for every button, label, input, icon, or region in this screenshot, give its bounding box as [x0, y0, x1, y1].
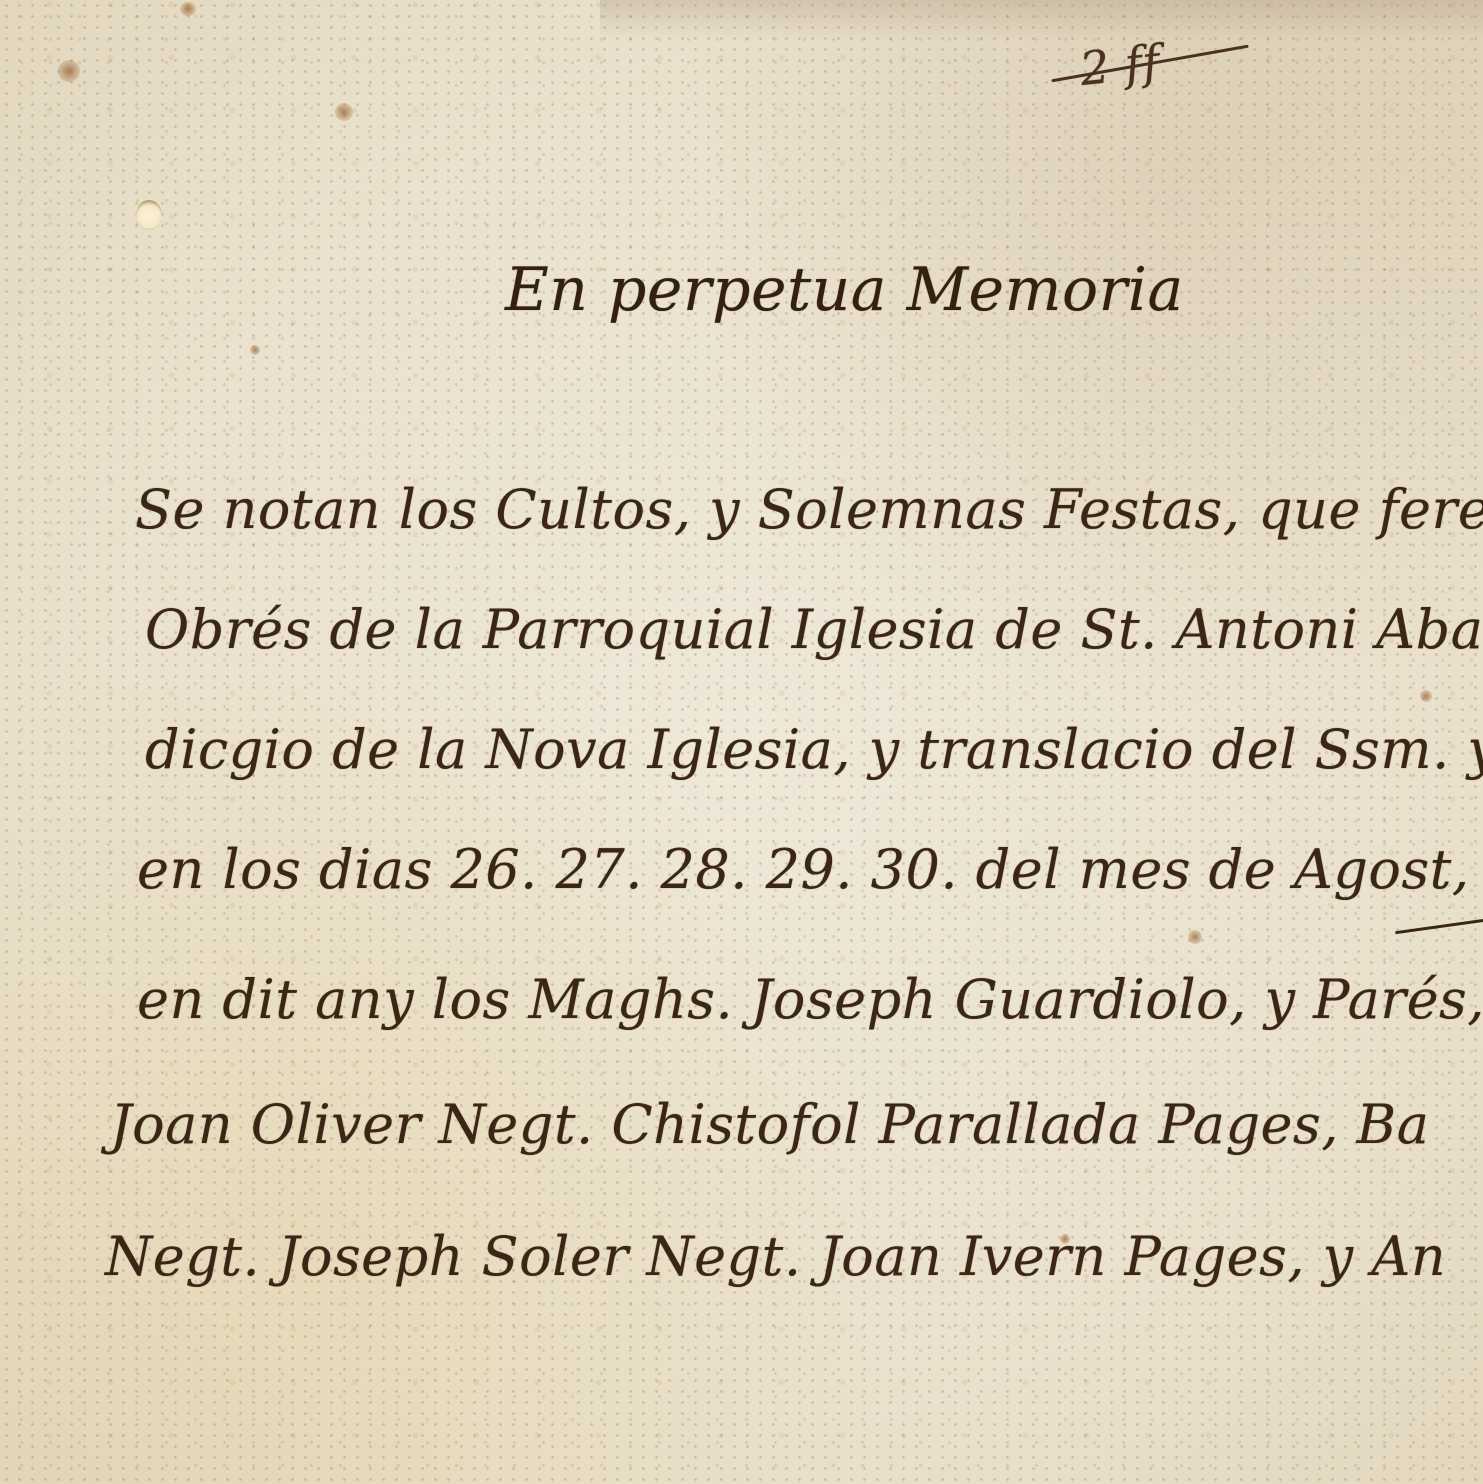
paper-wear: [600, 0, 1483, 40]
manuscript-line-5: en dit any los Maghs. Joseph Guardiolo, …: [137, 968, 1483, 1031]
manuscript-line-4: en los dias 26. 27. 28. 29. 30. del mes …: [137, 838, 1483, 901]
punch-hole: [136, 200, 162, 230]
foxing-spot: [1420, 690, 1432, 702]
manuscript-line-7: Negt. Joseph Soler Negt. Joan Ivern Page…: [105, 1225, 1446, 1288]
manuscript-line-1: Se notan los Cultos, y Solemnas Festas, …: [135, 478, 1483, 541]
manuscript-line-3: dicgio de la Nova Iglesia, y translacio …: [145, 718, 1483, 781]
year-underline: [1395, 919, 1483, 934]
document-title: En perpetua Memoria: [505, 255, 1184, 325]
manuscript-line-2: Obrés de la Parroquial Iglesia de St. An…: [145, 598, 1483, 661]
foxing-spot: [58, 60, 80, 82]
manuscript-page: 2 ff En perpetua Memoria Se notan los Cu…: [0, 0, 1483, 1484]
manuscript-line-6: Joan Oliver Negt. Chistofol Parallada Pa…: [110, 1093, 1429, 1156]
foxing-spot: [250, 345, 260, 355]
foxing-spot: [335, 103, 353, 121]
foxing-spot: [180, 2, 196, 16]
foxing-spot: [1188, 930, 1202, 944]
